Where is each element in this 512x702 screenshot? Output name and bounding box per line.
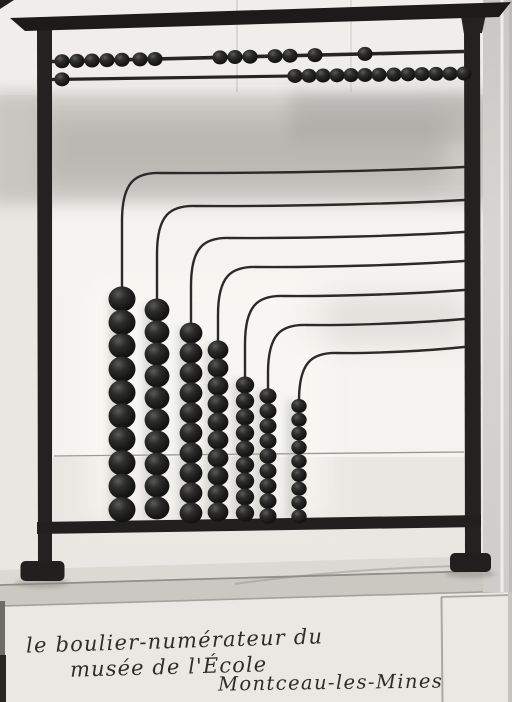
- right-post: [464, 15, 481, 556]
- rod-bead: [212, 50, 227, 64]
- left-edge-dark-corner: [0, 655, 6, 702]
- stack-bead: [180, 323, 203, 344]
- rod-bead: [287, 69, 302, 83]
- stack-bead: [180, 443, 203, 464]
- rod-bead: [442, 67, 457, 81]
- stack-bead: [208, 430, 229, 449]
- rod-bead: [400, 67, 415, 81]
- rod-bead: [371, 68, 386, 82]
- stack-bead: [208, 466, 229, 485]
- stack-bead: [291, 399, 306, 413]
- stack-bead: [208, 502, 229, 521]
- stack-bead: [180, 403, 203, 424]
- stack-bead: [180, 463, 203, 484]
- rod-bead: [456, 67, 471, 81]
- rod-bead: [307, 48, 322, 62]
- stack-bead: [109, 380, 136, 405]
- stack-bead: [145, 409, 170, 432]
- photo-scene: [0, 0, 512, 702]
- stack-bead: [260, 403, 277, 419]
- stack-bead: [291, 440, 306, 454]
- abacus-photograph: le boulier-numérateur du musée de l'Écol…: [0, 0, 512, 702]
- rod-bead: [343, 68, 358, 82]
- stack-bead: [145, 475, 170, 498]
- stack-bead: [236, 409, 254, 426]
- rod-bead: [428, 67, 443, 81]
- rod-bead: [414, 67, 429, 81]
- stack-bead: [208, 358, 229, 377]
- rod-bead: [357, 68, 372, 82]
- stack-bead: [109, 403, 136, 428]
- left-post: [37, 25, 52, 564]
- rod-bead: [132, 52, 147, 66]
- stack-bead: [291, 496, 306, 510]
- stack-bead: [208, 340, 229, 359]
- stack-bead: [180, 383, 203, 404]
- rod-bead: [357, 47, 372, 61]
- stack-bead: [260, 448, 277, 464]
- stack-bead: [208, 484, 229, 503]
- stack-bead: [260, 508, 277, 524]
- stack-bead: [260, 433, 277, 449]
- stack-bead: [145, 497, 170, 520]
- stack-bead: [109, 333, 136, 358]
- stack-bead: [236, 505, 254, 522]
- stack-bead: [260, 388, 277, 404]
- stack-bead: [260, 463, 277, 479]
- stack-bead: [109, 450, 136, 475]
- rod-bead: [227, 50, 242, 64]
- stack-bead: [109, 357, 136, 382]
- stack-bead: [145, 431, 170, 454]
- stack-bead: [236, 489, 254, 506]
- right-foot: [450, 553, 491, 572]
- stack-bead: [236, 393, 254, 410]
- stack-bead: [291, 454, 306, 468]
- stack-bead: [180, 363, 203, 384]
- stack-bead: [145, 365, 170, 388]
- rod-bead: [84, 54, 99, 68]
- stack-bead: [180, 343, 203, 364]
- rod-bead: [282, 49, 297, 63]
- rod-bead: [242, 50, 257, 64]
- stack-bead: [109, 497, 136, 522]
- stack-bead: [260, 478, 277, 494]
- rod-bead: [301, 69, 316, 83]
- stack-bead: [291, 413, 306, 427]
- stack-bead: [109, 286, 136, 311]
- stack-bead: [145, 321, 170, 344]
- stack-bead: [145, 299, 170, 322]
- stack-bead: [208, 376, 229, 395]
- stack-bead: [291, 509, 306, 523]
- stack-bead: [260, 418, 277, 434]
- stack-bead: [236, 377, 254, 394]
- rod-bead: [69, 54, 84, 68]
- left-edge-dark-strip: [0, 601, 5, 659]
- rod-bead: [54, 54, 69, 68]
- rod-bead: [147, 52, 162, 66]
- stack-bead: [180, 423, 203, 444]
- rod-bead: [386, 68, 401, 82]
- stack-bead: [145, 343, 170, 366]
- right-margin-strip: [483, 0, 512, 592]
- stack-bead: [180, 503, 203, 524]
- stack-bead: [208, 448, 229, 467]
- stack-bead: [180, 483, 203, 504]
- stack-bead: [109, 474, 136, 499]
- stack-bead: [236, 473, 254, 490]
- stack-bead: [145, 387, 170, 410]
- rod-bead: [99, 53, 114, 67]
- rod-bead: [329, 68, 344, 82]
- stack-bead: [109, 310, 136, 335]
- stack-bead: [208, 412, 229, 431]
- stack-bead: [208, 394, 229, 413]
- rod-bead: [267, 49, 282, 63]
- stack-bead: [291, 468, 306, 482]
- stack-bead: [236, 441, 254, 458]
- cabinet-front: [0, 592, 512, 702]
- stack-bead: [236, 425, 254, 442]
- smudge-blob: [290, 92, 475, 142]
- stack-bead: [145, 453, 170, 476]
- stack-bead: [291, 427, 306, 441]
- rod-bead: [114, 53, 129, 67]
- rod-bead: [315, 69, 330, 83]
- left-foot: [21, 561, 65, 581]
- rod-bead: [54, 72, 69, 86]
- stack-bead: [260, 493, 277, 509]
- photo-background: [0, 0, 512, 702]
- cabinet-right-edge: [508, 592, 512, 702]
- cabinet-door-seam-vertical: [442, 597, 443, 702]
- stack-bead: [109, 427, 136, 452]
- stack-bead: [291, 482, 306, 496]
- stack-bead: [236, 457, 254, 474]
